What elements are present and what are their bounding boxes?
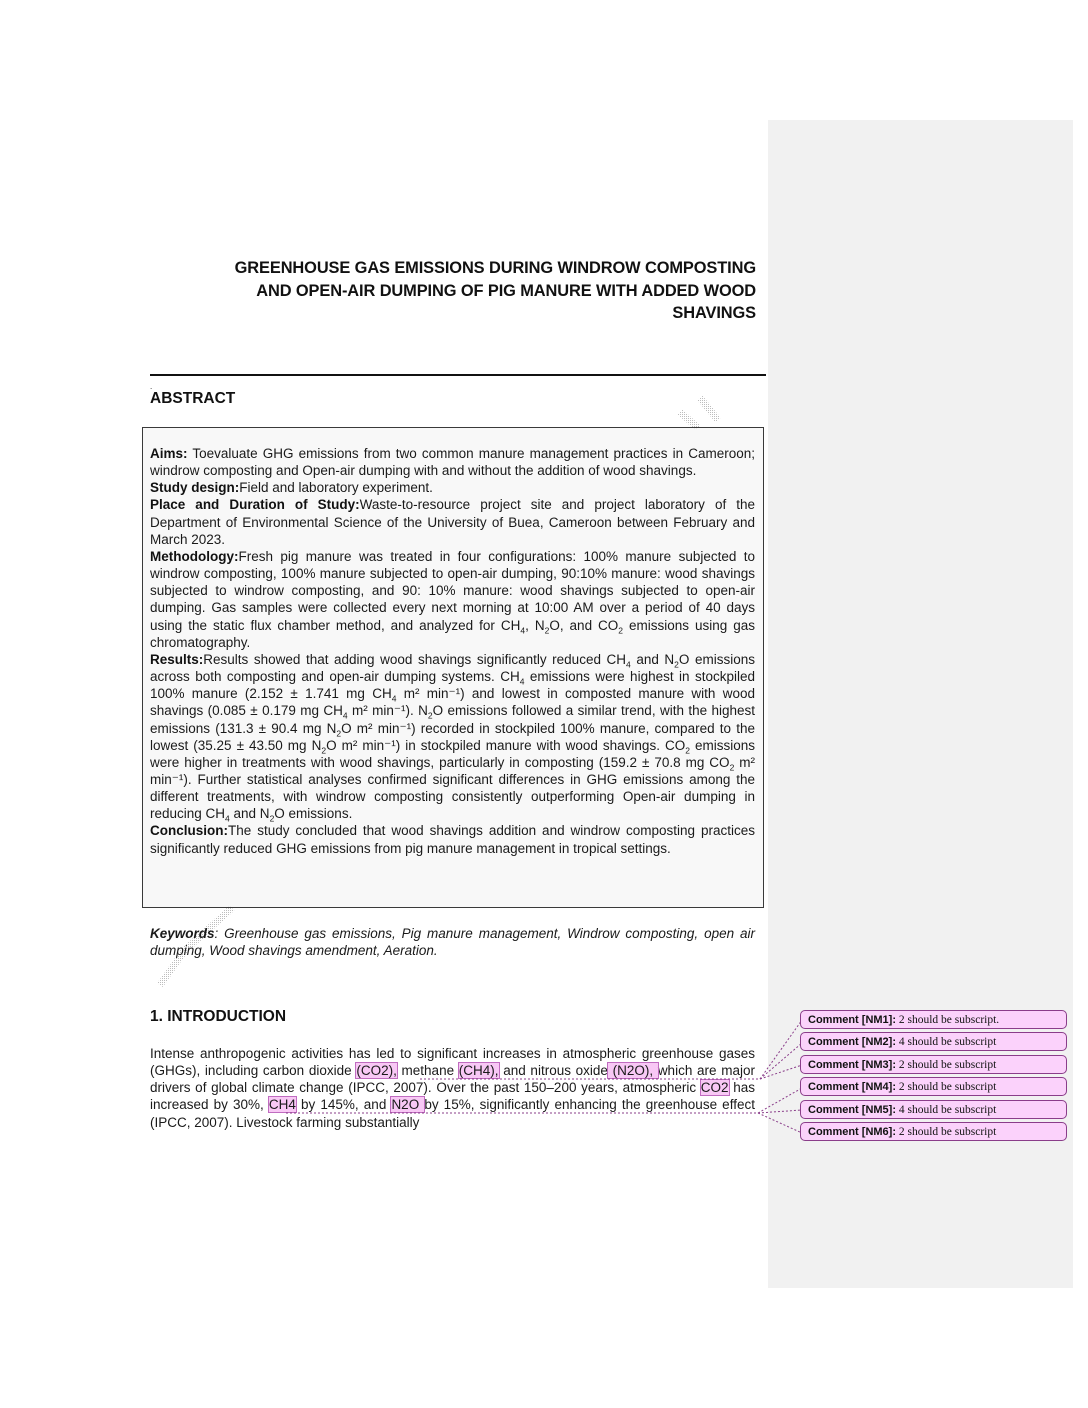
methodology-text: , N bbox=[525, 618, 544, 633]
comment-text: 2 should be subscript. bbox=[896, 1014, 999, 1026]
title-line: AND OPEN-AIR DUMPING OF PIG MANURE WITH … bbox=[160, 280, 756, 303]
methodology-text: O, and CO bbox=[549, 618, 618, 633]
design-text: Field and laboratory experiment. bbox=[239, 480, 433, 495]
intro-text: and nitrous oxide bbox=[499, 1063, 608, 1078]
keywords-text: : Greenhouse gas emissions, Pig manure m… bbox=[150, 926, 755, 958]
title-line: SHAVINGS bbox=[160, 302, 756, 325]
comment-label: Comment [NM6]: bbox=[808, 1126, 896, 1138]
comment-text: 2 should be subscript bbox=[896, 1126, 996, 1138]
comment-text: 4 should be subscript bbox=[896, 1104, 996, 1116]
results-text: and N bbox=[631, 652, 674, 667]
comment-nm1[interactable]: Comment [NM1]: 2 should be subscript. bbox=[800, 1010, 1067, 1029]
comment-nm2[interactable]: Comment [NM2]: 4 should be subscript bbox=[800, 1032, 1067, 1051]
results-text: O m² min⁻¹) in stockpiled manure with wo… bbox=[326, 738, 685, 753]
abstract-results: Results:Results showed that adding wood … bbox=[150, 651, 755, 823]
comment-nm4[interactable]: Comment [NM4]: 2 should be subscript bbox=[800, 1077, 1067, 1096]
conclusion-text: The study concluded that wood shavings a… bbox=[150, 823, 755, 855]
comment-list: Comment [NM1]: 2 should be subscript. Co… bbox=[800, 1010, 1067, 1144]
conclusion-label: Conclusion: bbox=[150, 823, 228, 838]
results-label: Results: bbox=[150, 652, 203, 667]
comment-text: 2 should be subscript bbox=[896, 1059, 996, 1071]
abstract-aims: Aims: Toevaluate GHG emissions from two … bbox=[150, 445, 755, 479]
keywords-label: Keywords bbox=[150, 926, 215, 941]
keywords: Keywords: Greenhouse gas emissions, Pig … bbox=[150, 925, 755, 959]
abstract-design: Study design:Field and laboratory experi… bbox=[150, 479, 755, 496]
aims-text: Toevaluate GHG emissions from two common… bbox=[150, 446, 755, 478]
methodology-label: Methodology: bbox=[150, 549, 238, 564]
comment-nm6[interactable]: Comment [NM6]: 2 should be subscript bbox=[800, 1122, 1067, 1141]
abstract-place: Place and Duration of Study:Waste-to-res… bbox=[150, 496, 755, 547]
comment-label: Comment [NM5]: bbox=[808, 1104, 896, 1116]
section-heading-introduction: 1. INTRODUCTION bbox=[150, 1008, 286, 1026]
comment-anchor-nm2[interactable]: (CH4), bbox=[459, 1063, 499, 1078]
comment-text: 2 should be subscript bbox=[896, 1081, 996, 1093]
results-text: Results showed that adding wood shavings… bbox=[203, 652, 626, 667]
abstract-body: Aims: Toevaluate GHG emissions from two … bbox=[150, 445, 755, 857]
comment-anchor-nm1[interactable]: (CO2), bbox=[356, 1063, 397, 1078]
results-text: and N bbox=[230, 806, 270, 821]
comment-nm3[interactable]: Comment [NM3]: 2 should be subscript bbox=[800, 1055, 1067, 1074]
abstract-methodology: Methodology:Fresh pig manure was treated… bbox=[150, 548, 755, 651]
comment-anchor-nm3[interactable]: (N2O), bbox=[608, 1063, 658, 1078]
title-line: GREENHOUSE GAS EMISSIONS DURING WINDROW … bbox=[160, 257, 756, 280]
comment-text: 4 should be subscript bbox=[896, 1036, 996, 1048]
results-text: m² min⁻¹). N bbox=[348, 703, 428, 718]
intro-text: methane bbox=[397, 1063, 459, 1078]
comment-label: Comment [NM2]: bbox=[808, 1036, 896, 1048]
abstract-heading: ABSTRACT bbox=[150, 390, 235, 408]
abstract-conclusion: Conclusion:The study concluded that wood… bbox=[150, 822, 755, 856]
aims-label: Aims: bbox=[150, 446, 188, 461]
comment-nm5[interactable]: Comment [NM5]: 4 should be subscript bbox=[800, 1100, 1067, 1119]
title-divider bbox=[150, 374, 766, 376]
design-label: Study design: bbox=[150, 480, 239, 495]
paper-title: GREENHOUSE GAS EMISSIONS DURING WINDROW … bbox=[160, 257, 756, 325]
comment-label: Comment [NM3]: bbox=[808, 1059, 896, 1071]
comment-label: Comment [NM4]: bbox=[808, 1081, 896, 1093]
introduction-paragraph: Intense anthropogenic activities has led… bbox=[150, 1045, 755, 1131]
comment-label: Comment [NM1]: bbox=[808, 1014, 896, 1026]
results-text: O emissions. bbox=[274, 806, 352, 821]
comment-anchor-nm6[interactable]: N2O bbox=[391, 1097, 424, 1112]
intro-text: by 145%, and bbox=[296, 1097, 392, 1112]
comment-anchor-nm4[interactable]: CO2 bbox=[701, 1080, 729, 1095]
place-label: Place and Duration of Study: bbox=[150, 497, 360, 512]
comment-anchor-nm5[interactable]: CH4 bbox=[269, 1097, 296, 1112]
